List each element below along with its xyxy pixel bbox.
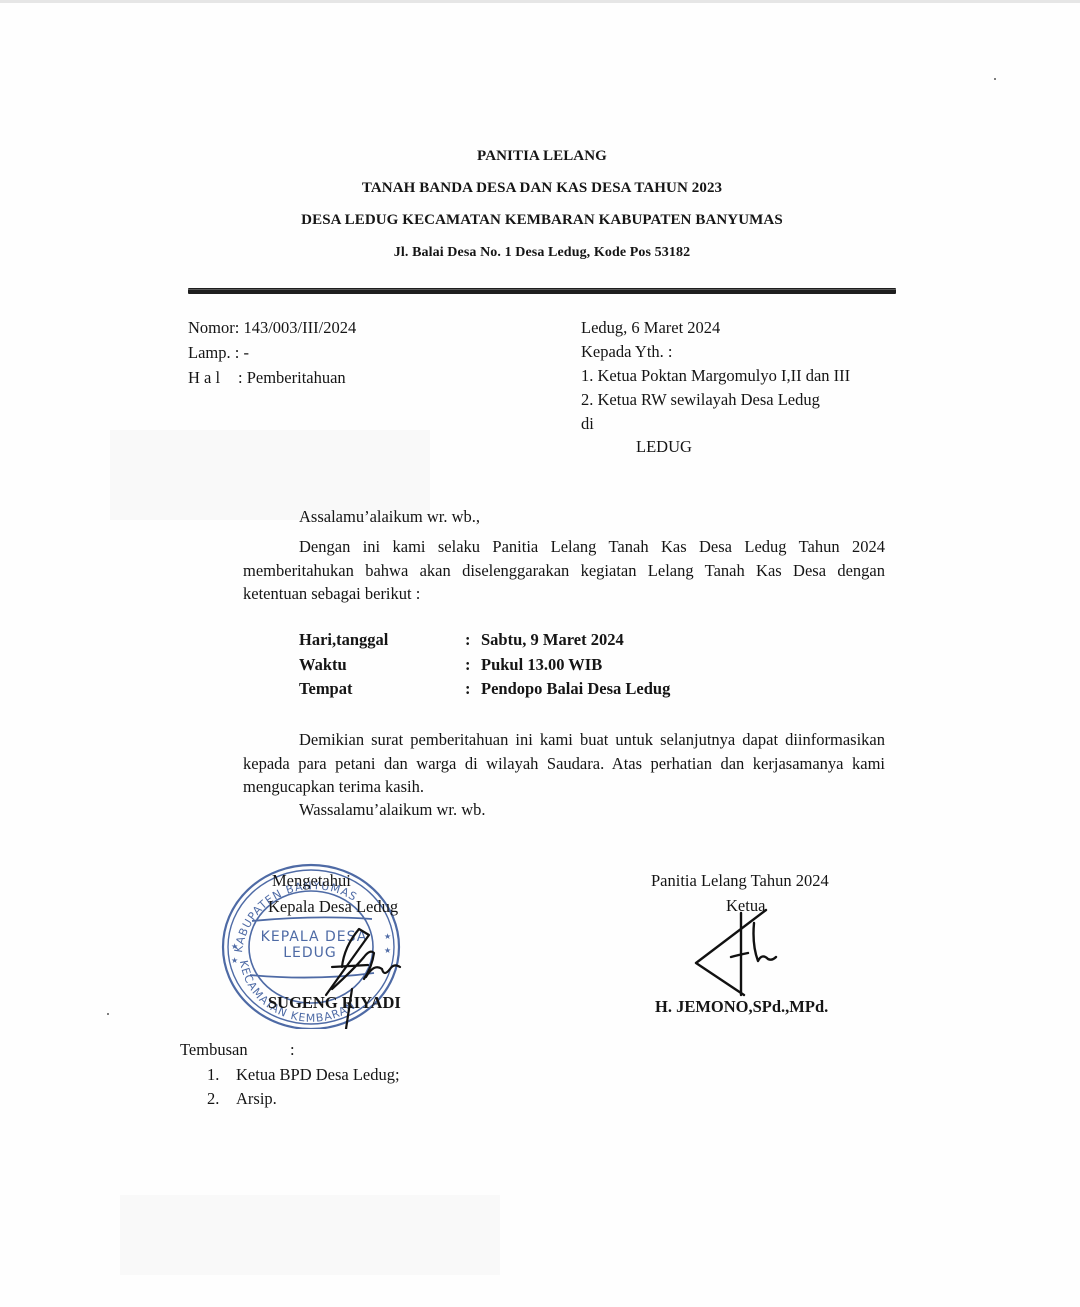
recipient-salutation: Kepada Yth. : [581, 340, 850, 364]
lamp-value: - [243, 343, 249, 362]
meta-nomor: Nomor: 143/003/III/2024 [188, 316, 356, 341]
letter-meta: Nomor: 143/003/III/2024 Lamp. : - H a l:… [188, 316, 356, 391]
svg-text:★: ★ [231, 942, 239, 951]
schedule-value: Sabtu, 9 Maret 2024 [481, 630, 624, 650]
schedule-separator: : [465, 655, 471, 675]
right-signature-title: Panitia Lelang Tahun 2024 [651, 871, 829, 891]
letterhead-address: Jl. Balai Desa No. 1 Desa Ledug, Kode Po… [2, 245, 1080, 261]
stamp-center-line2: LEDUG [283, 945, 337, 961]
letterhead-title: PANITIA LELANG [2, 148, 1080, 165]
nomor-value: 143/003/III/2024 [243, 318, 356, 337]
tembusan-item: 2.Arsip. [207, 1089, 400, 1113]
tembusan-item-text: Arsip. [236, 1089, 277, 1108]
schedule-label: Hari,tanggal [299, 630, 388, 650]
letterhead-subtitle: TANAH BANDA DESA DAN KAS DESA TAHUN 2023 [2, 180, 1080, 197]
left-signature-position: Kepala Desa Ledug [268, 897, 398, 917]
right-signatory-name: H. JEMONO,SPd.,MPd. [655, 997, 828, 1017]
hal-label: H a l [188, 366, 238, 390]
hal-separator: : [238, 368, 243, 387]
page-top-edge [0, 0, 1080, 3]
tembusan-label: Tembusan [180, 1040, 248, 1060]
tembusan-separator: : [290, 1040, 295, 1060]
lamp-label: Lamp. [188, 343, 231, 362]
schedule-separator: : [465, 679, 471, 699]
handwritten-signature-icon [686, 905, 796, 1005]
paragraph-closing: Demikian surat pemberitahuan ini kami bu… [243, 728, 885, 799]
recipient-block: Ledug, 6 Maret 2024 Kepada Yth. : 1. Ket… [581, 316, 850, 436]
bleed-through-mark [120, 1195, 500, 1275]
dust-speck [994, 78, 996, 80]
schedule-label: Waktu [299, 655, 347, 675]
hal-value: Pemberitahuan [247, 368, 346, 387]
tembusan-list: 1.Ketua BPD Desa Ledug; 2.Arsip. [207, 1065, 400, 1113]
recipient-item: 1. Ketua Poktan Margomulyo I,II dan III [581, 364, 850, 388]
dust-speck [107, 1013, 109, 1015]
schedule-value: Pendopo Balai Desa Ledug [481, 679, 670, 699]
stamp-center-line1: KEPALA DESA [261, 929, 368, 945]
letterhead-divider [188, 288, 896, 294]
nomor-separator: : [235, 318, 240, 337]
lamp-separator: : [235, 343, 240, 362]
schedule-separator: : [465, 630, 471, 650]
svg-text:★: ★ [384, 932, 392, 941]
recipient-di: di [581, 412, 850, 436]
meta-hal: H a l: Pemberitahuan [188, 366, 356, 391]
tembusan-item-number: 1. [207, 1065, 236, 1085]
tembusan-item: 1.Ketua BPD Desa Ledug; [207, 1065, 400, 1089]
nomor-label: Nomor [188, 318, 235, 337]
tembusan-item-number: 2. [207, 1089, 236, 1109]
left-signature-title: Mengetahui [272, 871, 351, 891]
tembusan-item-text: Ketua BPD Desa Ledug; [236, 1065, 400, 1084]
svg-text:★: ★ [231, 956, 239, 965]
schedule-value: Pukul 13.00 WIB [481, 655, 602, 675]
recipient-item: 2. Ketua RW sewilayah Desa Ledug [581, 388, 850, 412]
schedule-label: Tempat [299, 679, 352, 699]
closing-greeting: Wassalamu’alaikum wr. wb. [299, 800, 486, 820]
paragraph-intro: Dengan ini kami selaku Panitia Lelang Ta… [243, 535, 885, 606]
svg-text:★: ★ [384, 946, 392, 955]
letter-page: PANITIA LELANG TANAH BANDA DESA DAN KAS … [0, 0, 1080, 1307]
greeting: Assalamu’alaikum wr. wb., [299, 507, 480, 527]
meta-lamp: Lamp. : - [188, 341, 356, 366]
recipient-destination: LEDUG [636, 437, 692, 457]
letterhead-village: DESA LEDUG KECAMATAN KEMBARAN KABUPATEN … [2, 212, 1080, 229]
place-date: Ledug, 6 Maret 2024 [581, 316, 850, 340]
left-signatory-name: SUGENG RIYADI [268, 993, 401, 1013]
